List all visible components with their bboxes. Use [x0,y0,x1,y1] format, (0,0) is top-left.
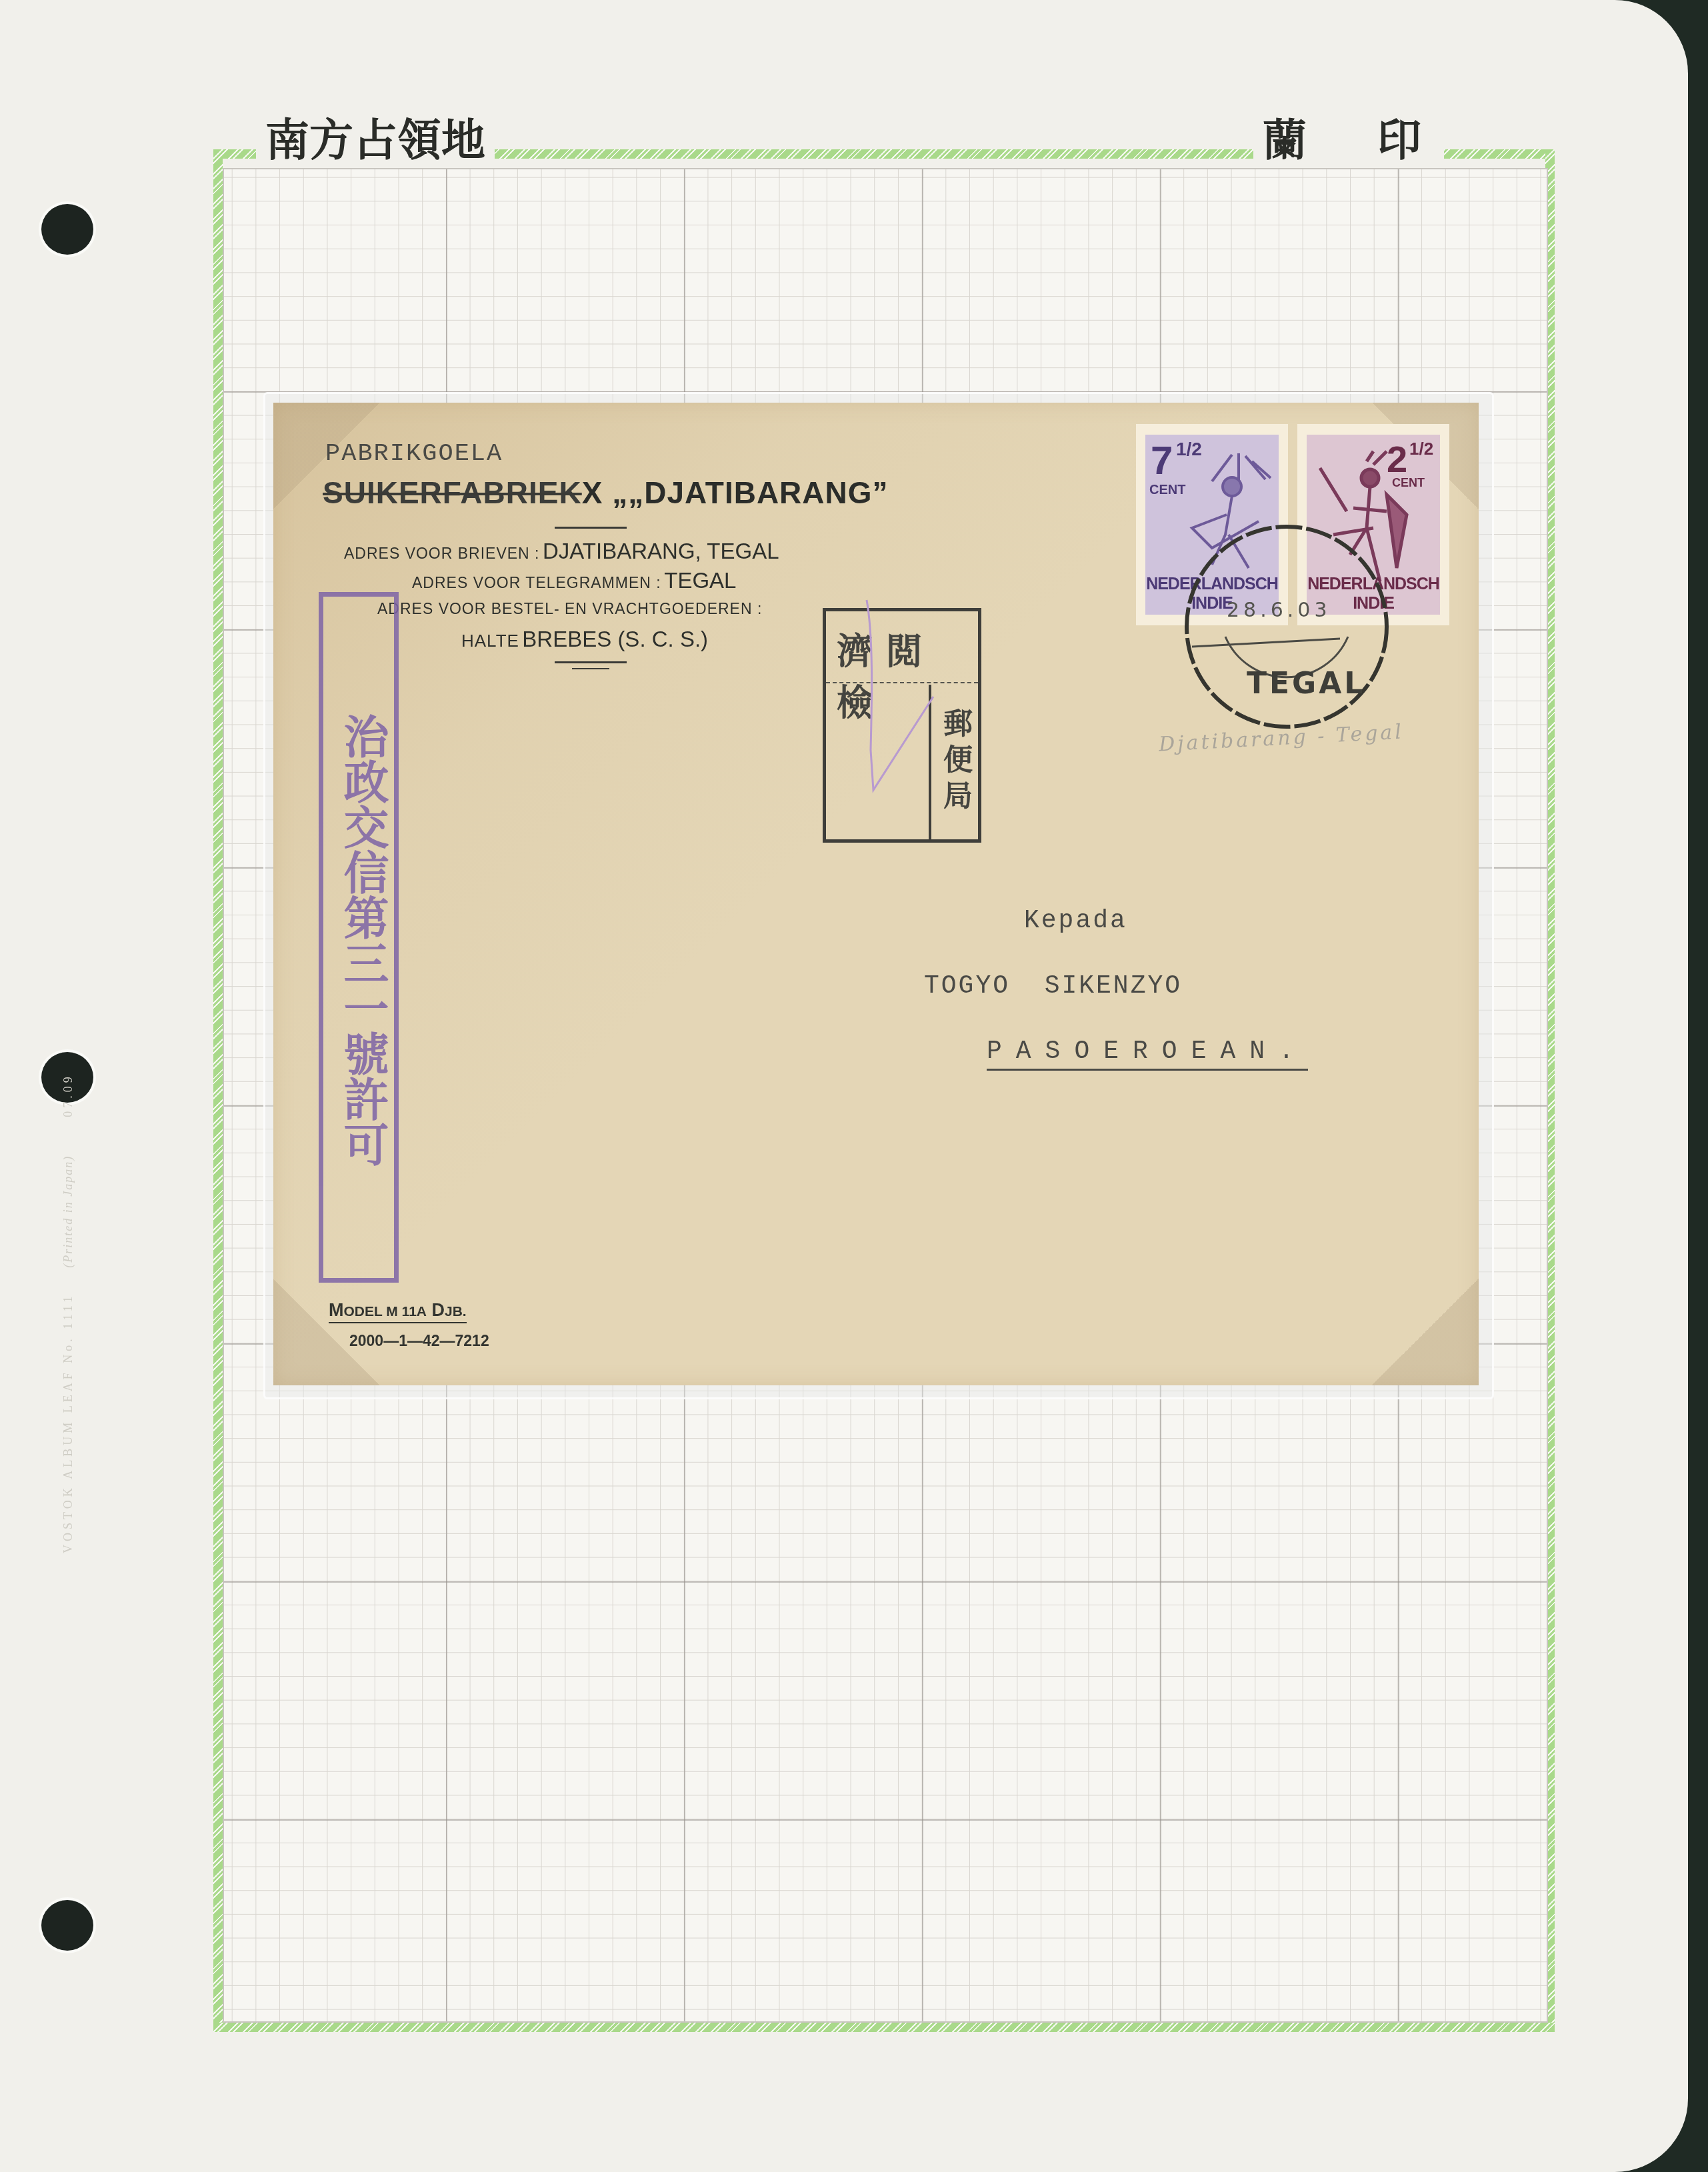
address-value: BREBES (S. C. S.) [522,627,708,651]
address-label: ADRES VOOR BESTEL- EN VRACHTGOEDEREN : [377,600,762,617]
postmark-town: TEGAL [1247,667,1365,701]
divider-rule [572,668,609,669]
imprint-brand: VOSTOK ALBUM LEAF No. 1111 [61,1293,75,1553]
page-title-country: 蘭 印 [1253,119,1444,163]
address-label: HALTE [461,631,519,651]
imprint-origin: (Printed in Japan) [61,1155,75,1268]
frame-bottom [213,2023,1555,2032]
frame-left [213,149,223,2032]
postmark-date: 28.6.03 [1227,599,1331,622]
model-tail: D [427,1300,445,1320]
mount-corner [1372,1279,1479,1385]
stamp-value: 7 [1151,437,1173,483]
permit-handstamp: 治政交信第三一號許可 [319,592,399,1283]
imprint-code: 07.09 [61,1073,75,1117]
stamp-fraction: 1/2 [1176,439,1202,460]
address-value: TEGAL [664,568,736,593]
company-heading: SUIKERFABRIEKX „„DJATIBARANG” [323,475,889,511]
address-label: ADRES VOOR BRIEVEN : [344,545,540,562]
divider-rule [555,527,627,529]
addressee-city: PASOEROEAN. [987,1037,1308,1071]
binder-hole [41,1900,93,1951]
addressee-salutation: Kepada [1024,907,1127,935]
address-value: DJATIBARANG, TEGAL [543,539,779,563]
typed-sender-line: PABRIKGOELA [325,440,503,468]
model-tail-small: JB. [445,1304,467,1319]
divider-rule [555,661,627,663]
postmark-circle-icon [1180,520,1393,733]
address-line-halte: HALTE BREBES (S. C. S.) [461,627,708,652]
stamp-fraction: 1/2 [1409,439,1433,459]
model-prefix: M [329,1300,344,1320]
form-model-number: MODEL M 11A DJB. [329,1300,467,1323]
album-page: VOSTOK ALBUM LEAF No. 1111 (Printed in J… [0,0,1688,2172]
form-serial: 2000—1—42—7212 [349,1332,489,1350]
address-line-goods: ADRES VOOR BESTEL- EN VRACHTGOEDEREN : [377,600,762,618]
stamp-value: 2 [1387,437,1407,481]
binder-hole [41,204,93,255]
tegal-postmark: 28.6.03 TEGAL [1180,520,1393,733]
album-leaf-imprint: VOSTOK ALBUM LEAF No. 1111 (Printed in J… [61,1073,75,1553]
page-title-region: 南方占領地 [256,119,495,163]
model-text: ODEL M 11 [344,1304,417,1319]
stamp-unit: CENT [1149,483,1185,498]
addressee-name: TOGYO SIKENZYO [924,972,1182,1001]
address-label: ADRES VOOR TELEGRAMMEN : [412,574,661,591]
struck-word: SUIKERFABRIEK [323,475,582,510]
address-line-telegrams: ADRES VOOR TELEGRAMMEN : TEGAL [412,568,736,593]
violet-pencil-mark [860,597,940,810]
stamp-unit: CENT [1392,476,1425,490]
address-line-letters: ADRES VOOR BRIEVEN : DJATIBARANG, TEGAL [344,539,779,564]
model-suffix: A [417,1304,427,1319]
company-name: „„DJATIBARANG” [612,475,888,510]
